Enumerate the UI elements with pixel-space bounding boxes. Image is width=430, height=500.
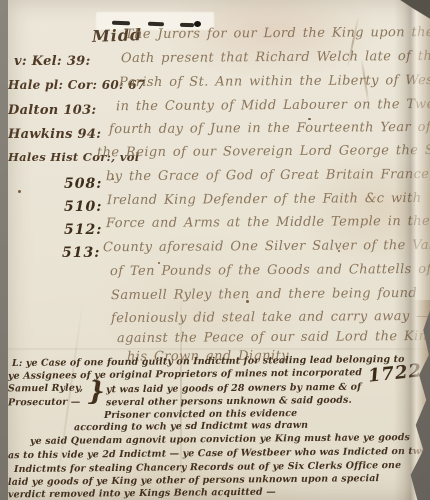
indictment-line: of Ten Pounds of the Goods and Chattells… [110, 262, 430, 279]
indictment-line: The Jurors for our Lord the King upon th… [125, 25, 430, 42]
page-curl [394, 0, 430, 500]
brace-glyph: } [88, 377, 105, 407]
case-note-prosecutor-label: Prosecutor — [8, 397, 80, 409]
photo-stage: Midd v: Kel: 39: Hale pl: Cor: 60: 67 Da… [0, 0, 430, 500]
case-note-line: Prisoner convicted on this evidence [104, 408, 297, 421]
indictment-line: Force and Arms at the Middle Temple in t… [106, 214, 430, 231]
indictment-line: fourth day of June in the Fourteenth Yea… [109, 120, 430, 137]
margin-page-number: 510: [64, 199, 102, 215]
margin-citation: v: Kel: 39: [14, 54, 91, 69]
foxing-speck [308, 118, 311, 120]
margin-page-number: 508: [64, 176, 102, 192]
case-note-prosecutor-name: Samuel Ryley, [8, 383, 83, 395]
margin-citation: Hawkins 94: [8, 127, 101, 142]
indictment-line: by the Grace of God of Great Britain Fra… [106, 167, 430, 184]
case-note-line: verdict removed into ye Kings Bench acqu… [8, 487, 276, 500]
foxing-speck [18, 190, 21, 193]
indictment-line: feloniously did steal take and carry awa… [111, 309, 430, 326]
margin-page-number: 512: [64, 222, 102, 238]
margin-page-number: 513: [62, 245, 100, 261]
staple-icon [148, 22, 164, 27]
case-note-line: according to wch ye sd Indictmt was draw… [74, 420, 308, 433]
indictment-line: the Reign of our Sovereign Lord George t… [97, 143, 430, 161]
case-note-line: ye Assignees of ye original Proprietors … [8, 367, 362, 382]
indictment-line: Samuell Ryley then and there being found [111, 286, 417, 303]
indictment-line: Parish of St. Ann within the Liberty of … [119, 73, 430, 90]
case-note-line: several other persons unknown & said goo… [106, 395, 352, 409]
indictment-line: County aforesaid One Silver Salver of th… [103, 238, 430, 255]
indictment-line: Ireland King Defender of the Faith &c wi… [107, 191, 422, 208]
indictment-line: against the Peace of our said Lord the K… [117, 329, 430, 346]
case-note-line: ye said Quendam agnovit upon conviction … [30, 432, 410, 447]
case-note-line: yt was laid ye goods of 28 owners by nam… [106, 382, 361, 396]
indictment-line: in the County of Midd Labourer on the Tw… [116, 97, 430, 114]
indictment-line: Oath present that Richard Welch late of … [121, 49, 430, 66]
case-note-line: as to this vide ye 2d Indictmt — ye Case… [8, 446, 428, 461]
manuscript-page: Midd v: Kel: 39: Hale pl: Cor: 60: 67 Da… [8, 0, 430, 500]
case-note-line: laid ye goods of ye King ye other of per… [8, 473, 379, 488]
margin-citation: Dalton 103: [8, 103, 97, 118]
